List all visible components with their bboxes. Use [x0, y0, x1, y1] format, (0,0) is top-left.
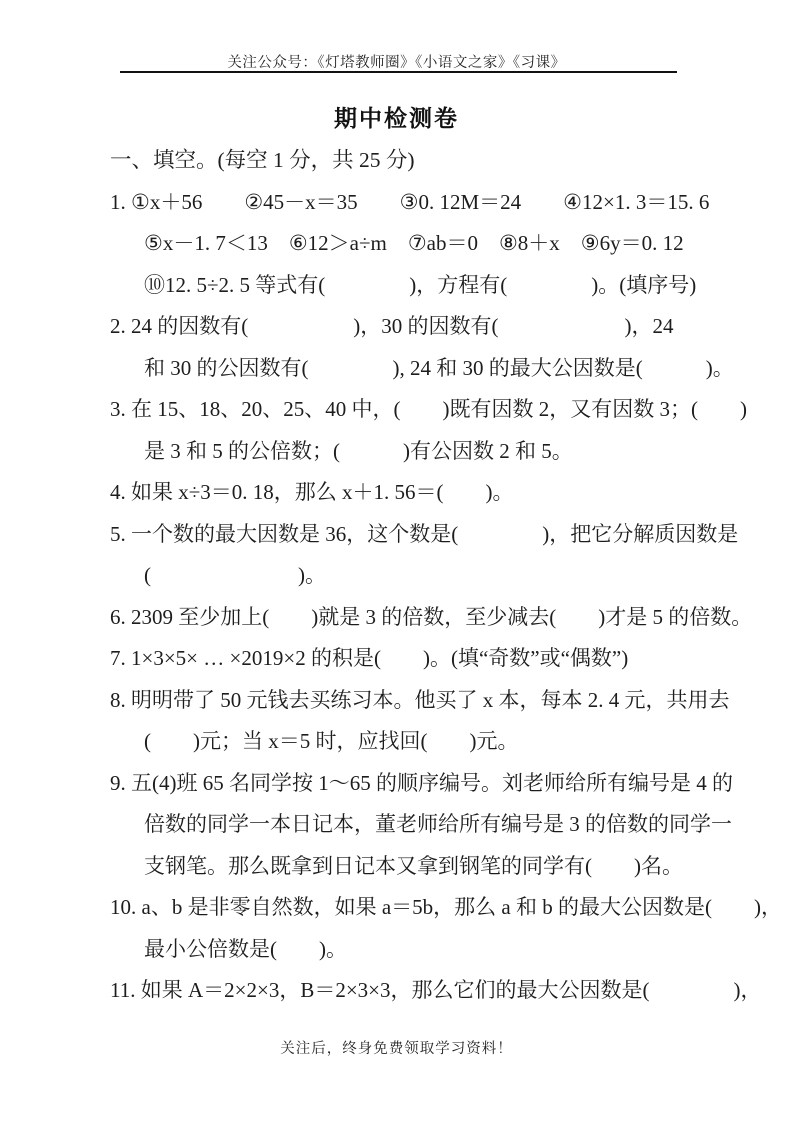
- page-footer-text: 关注后，终身免费领取学习资料！: [0, 1037, 793, 1058]
- question-1: 1. ①x＋56 ②45－x＝35 ③0. 12M＝24 ④12×1. 3＝15…: [110, 182, 688, 307]
- question-line: 和 30 的公因数有( ), 24 和 30 的最大公因数是( )。: [110, 348, 688, 390]
- page-title: 期中检测卷: [0, 100, 793, 133]
- question-line: 最小公倍数是( )。: [110, 929, 688, 971]
- question-3: 3. 在 15、18、20、25、40 中，( )既有因数 2，又有因数 3；(…: [110, 389, 688, 472]
- question-9: 9. 五(4)班 65 名同学按 1～65 的顺序编号。刘老师给所有编号是 4 …: [110, 763, 688, 888]
- question-line: 支钢笔。那么既拿到日记本又拿到钢笔的同学有( )名。: [110, 846, 688, 888]
- question-6: 6. 2309 至少加上( )就是 3 的倍数，至少减去( )才是 5 的倍数。: [110, 597, 688, 639]
- question-line: 10. a、b 是非零自然数，如果 a＝5b，那么 a 和 b 的最大公因数是(…: [110, 887, 688, 929]
- question-line: 7. 1×3×5× … ×2019×2 的积是( )。(填“奇数”或“偶数”): [110, 638, 688, 680]
- question-line: 9. 五(4)班 65 名同学按 1～65 的顺序编号。刘老师给所有编号是 4 …: [110, 763, 688, 805]
- question-8: 8. 明明带了 50 元钱去买练习本。他买了 x 本，每本 2. 4 元，共用去…: [110, 680, 688, 763]
- question-line: ( )元；当 x＝5 时，应找回( )元。: [110, 721, 688, 763]
- question-5: 5. 一个数的最大因数是 36，这个数是( )，把它分解质因数是 ( )。: [110, 514, 688, 597]
- question-2: 2. 24 的因数有( )，30 的因数有( )，24 和 30 的公因数有( …: [110, 306, 688, 389]
- question-line: ( )。: [110, 555, 688, 597]
- question-line: 1. ①x＋56 ②45－x＝35 ③0. 12M＝24 ④12×1. 3＝15…: [110, 182, 688, 224]
- question-line: 4. 如果 x÷3＝0. 18，那么 x＋1. 56＝( )。: [110, 472, 688, 514]
- question-line: 是 3 和 5 的公倍数；( )有公因数 2 和 5。: [110, 431, 688, 473]
- question-line: ⑩12. 5÷2. 5 等式有( )，方程有( )。(填序号): [110, 265, 688, 307]
- question-line: 倍数的同学一本日记本，董老师给所有编号是 3 的倍数的同学一: [110, 804, 688, 846]
- section-heading: 一、填空。(每空 1 分，共 25 分): [110, 140, 688, 182]
- question-line: 3. 在 15、18、20、25、40 中，( )既有因数 2，又有因数 3；(…: [110, 389, 688, 431]
- question-line: 5. 一个数的最大因数是 36，这个数是( )，把它分解质因数是: [110, 514, 688, 556]
- question-line: 11. 如果 A＝2×2×3，B＝2×3×3，那么它们的最大公因数是( )，: [110, 970, 688, 1012]
- question-line: 6. 2309 至少加上( )就是 3 的倍数，至少减去( )才是 5 的倍数。: [110, 597, 688, 639]
- question-4: 4. 如果 x÷3＝0. 18，那么 x＋1. 56＝( )。: [110, 472, 688, 514]
- header-divider: [120, 71, 677, 73]
- question-10: 10. a、b 是非零自然数，如果 a＝5b，那么 a 和 b 的最大公因数是(…: [110, 887, 688, 970]
- question-11: 11. 如果 A＝2×2×3，B＝2×3×3，那么它们的最大公因数是( )，: [110, 970, 688, 1012]
- question-line: 2. 24 的因数有( )，30 的因数有( )，24: [110, 306, 688, 348]
- question-line: ⑤x－1. 7＜13 ⑥12＞a÷m ⑦ab＝0 ⑧8＋x ⑨6y＝0. 12: [110, 223, 688, 265]
- exam-body: 一、填空。(每空 1 分，共 25 分) 1. ①x＋56 ②45－x＝35 ③…: [110, 140, 688, 1012]
- page-header-text: 关注公众号：《灯塔教师圈》《小语文之家》《习课》: [0, 51, 793, 72]
- question-7: 7. 1×3×5× … ×2019×2 的积是( )。(填“奇数”或“偶数”): [110, 638, 688, 680]
- question-line: 8. 明明带了 50 元钱去买练习本。他买了 x 本，每本 2. 4 元，共用去: [110, 680, 688, 722]
- exam-page: 关注公众号：《灯塔教师圈》《小语文之家》《习课》 期中检测卷 一、填空。(每空 …: [0, 0, 793, 1122]
